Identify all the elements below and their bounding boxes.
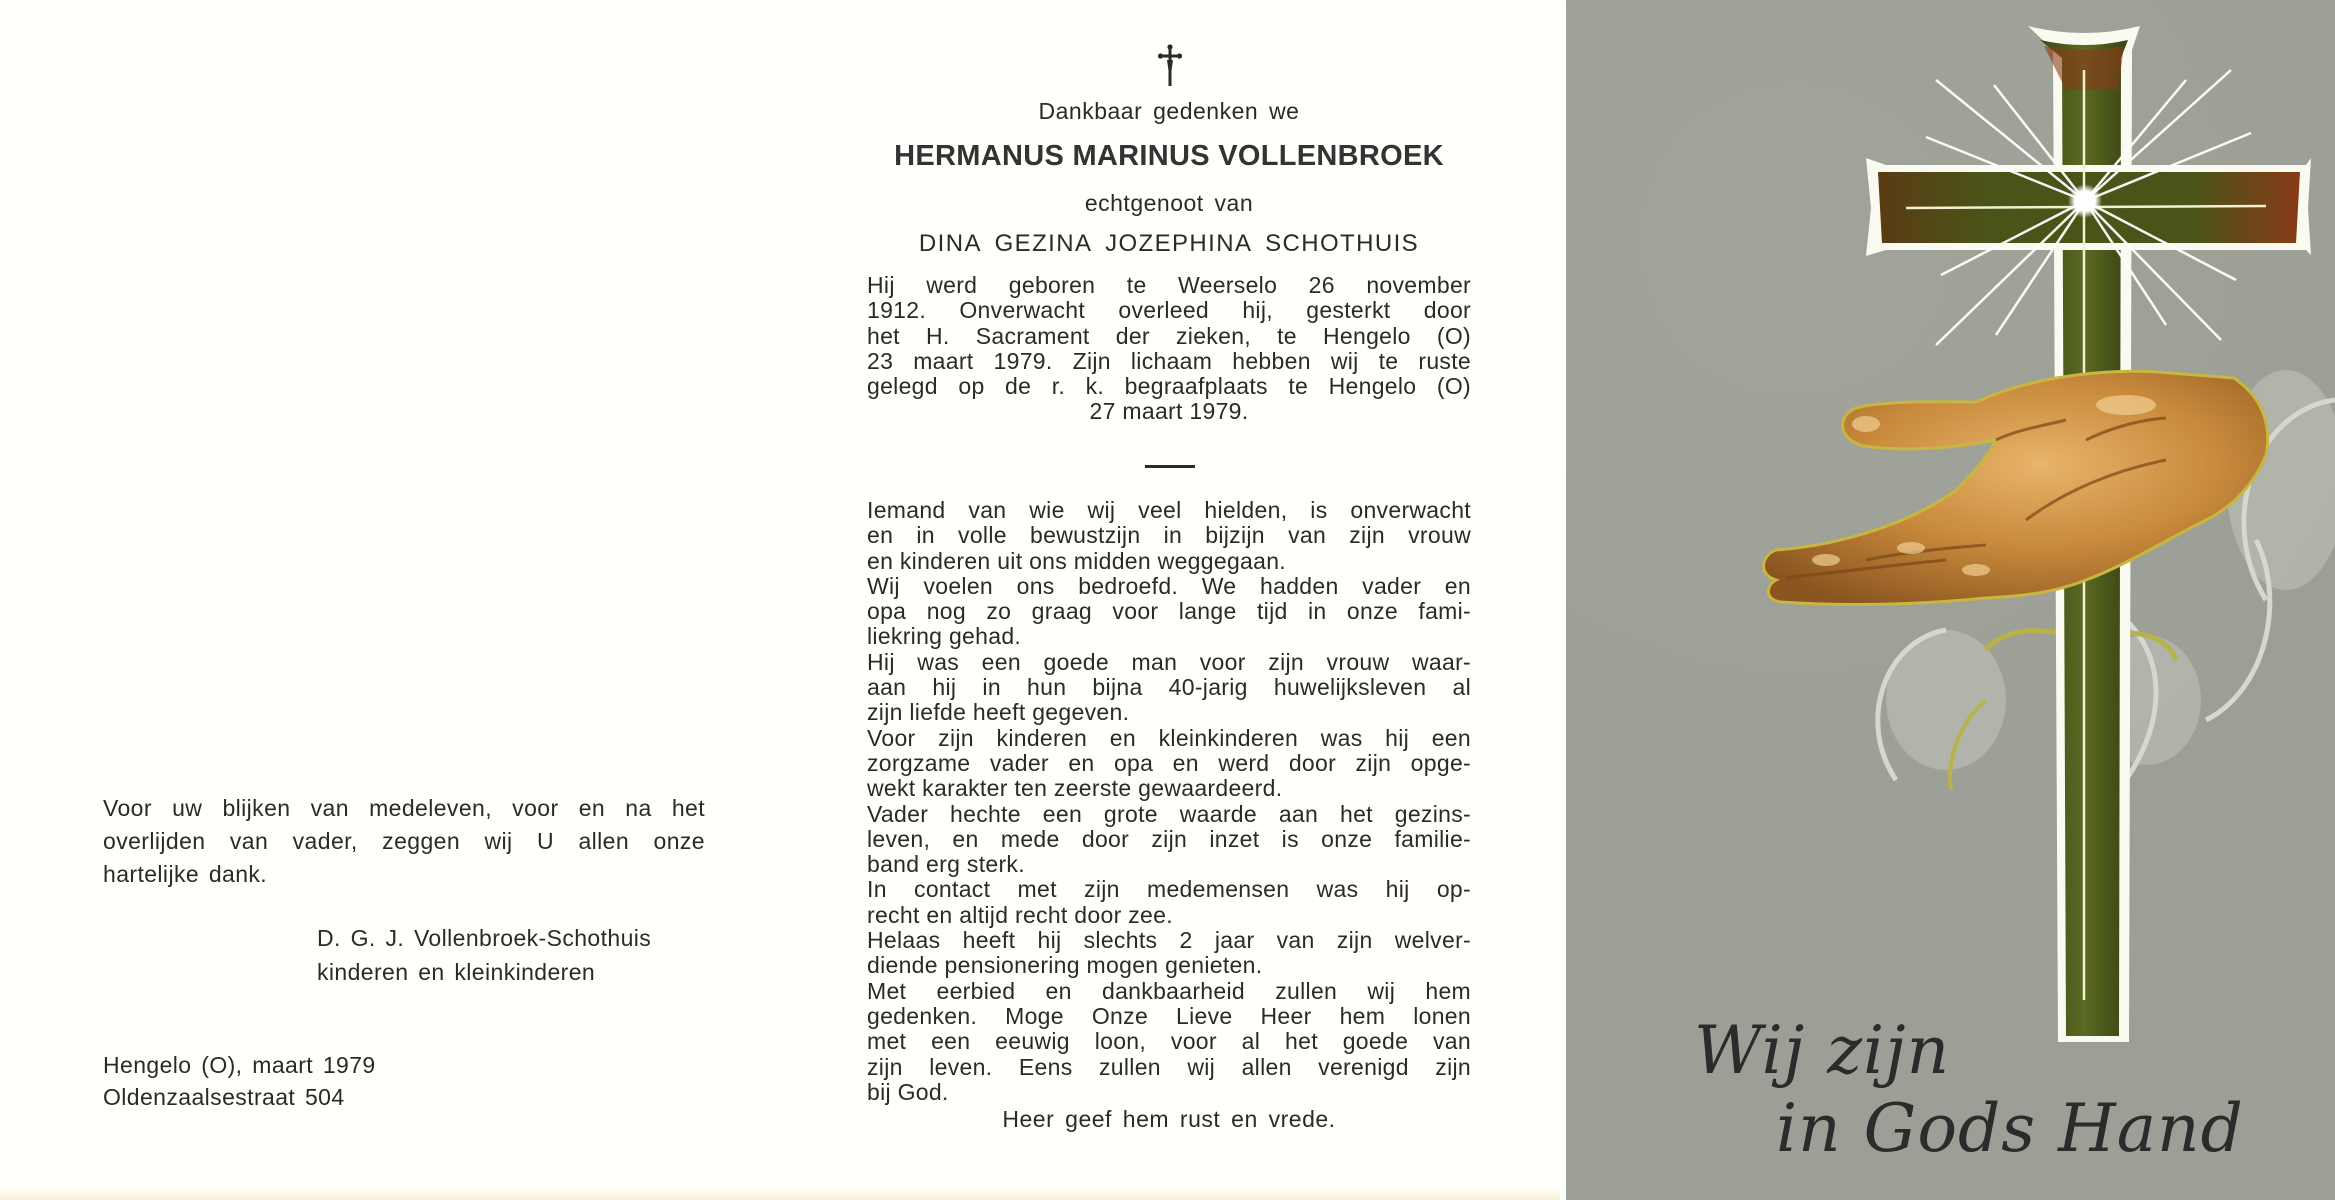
spouse-name: DINA GEZINA JOZEPHINA SCHOTHUIS <box>867 230 1471 258</box>
bio-line: 23 maart 1979. Zijn lichaam hebben wij t… <box>867 349 1471 374</box>
tribute-line: en kinderen uit ons midden weggegaan. <box>867 549 1471 574</box>
thanks-line: Voor uw blijken van medeleven, voor en n… <box>103 792 705 825</box>
bio-line: gelegd op de r. k. begraafplaats te Heng… <box>867 374 1471 399</box>
tribute-line: zorgzame vader en opa en werd door zijn … <box>867 751 1471 776</box>
bio-line: 27 maart 1979. <box>867 399 1471 424</box>
tribute-line: zijn liefde heeft gegeven. <box>867 700 1471 725</box>
cover-illustration: Wij zijn in Gods Hand <box>1566 0 2335 1200</box>
paper-edge <box>0 1186 1560 1200</box>
motto-line-2: in Gods Hand <box>1776 1090 2244 1167</box>
tribute-line: Wij voelen ons bedroefd. We hadden vader… <box>867 574 1471 599</box>
bio-line: het H. Sacrament der zieken, te Hengelo … <box>867 324 1471 349</box>
tribute-text: Iemand van wie wij veel hielden, is onve… <box>867 498 1471 1105</box>
place-date: Hengelo (O), maart 1979 <box>103 1049 376 1081</box>
intro-text: Dankbaar gedenken we <box>867 98 1471 125</box>
tribute-line: aan hij in hun bijna 40-jarig huwelijksl… <box>867 675 1471 700</box>
section-divider <box>1145 465 1195 468</box>
tribute-line: diende pensionering mogen genieten. <box>867 953 1471 978</box>
bio-line: Hij werd geboren te Weerselo 26 november <box>867 273 1471 298</box>
street-address: Oldenzaalsestraat 504 <box>103 1081 376 1113</box>
closing-prayer: Heer geef hem rust en vrede. <box>867 1106 1471 1133</box>
tribute-line: gedenken. Moge Onze Lieve Heer hem lonen <box>867 1004 1471 1029</box>
tribute-line: Met eerbied en dankbaarheid zullen wij h… <box>867 979 1471 1004</box>
tribute-line: recht en altijd recht door zee. <box>867 903 1471 928</box>
tribute-line: leven, en mede door zijn inzet is onze f… <box>867 827 1471 852</box>
tribute-line: Voor zijn kinderen en kleinkinderen was … <box>867 726 1471 751</box>
tribute-line: wekt karakter ten zeerste gewaardeerd. <box>867 776 1471 801</box>
thanks-line: hartelijke dank. <box>103 858 705 891</box>
tribute-line: band erg sterk. <box>867 852 1471 877</box>
tribute-line: bij God. <box>867 1080 1471 1105</box>
tribute-line: Iemand van wie wij veel hielden, is onve… <box>867 498 1471 523</box>
deceased-name: HERMANUS MARINUS VOLLENBROEK <box>867 140 1471 173</box>
tribute-line: zijn leven. Eens zullen wij allen vereni… <box>867 1055 1471 1080</box>
motto-line-1: Wij zijn <box>1694 1012 1950 1089</box>
tribute-line: Helaas heeft hij slechts 2 jaar van zijn… <box>867 928 1471 953</box>
tribute-line: opa nog zo graag voor lange tijd in onze… <box>867 599 1471 624</box>
tribute-line: liekring gehad. <box>867 624 1471 649</box>
thank-you-message: Voor uw blijken van medeleven, voor en n… <box>103 792 705 891</box>
latin-cross-icon <box>1157 44 1183 88</box>
relation-text: echtgenoot van <box>867 190 1471 217</box>
motto: Wij zijn in Gods Hand <box>1566 0 2335 1200</box>
tribute-line: met een eeuwig loon, voor al het goede v… <box>867 1029 1471 1054</box>
signature-block: D. G. J. Vollenbroek-Schothuis kinderen … <box>317 921 651 989</box>
tribute-line: Vader hechte een grote waarde aan het ge… <box>867 802 1471 827</box>
address-block: Hengelo (O), maart 1979 Oldenzaalsestraa… <box>103 1049 376 1113</box>
widow-name: D. G. J. Vollenbroek-Schothuis <box>317 921 651 955</box>
memorial-card: Voor uw blijken van medeleven, voor en n… <box>0 0 2335 1200</box>
bio-line: 1912. Onverwacht overleed hij, gesterkt … <box>867 298 1471 323</box>
biography: Hij werd geboren te Weerselo 26 november… <box>867 273 1471 425</box>
thanks-line: overlijden van vader, zeggen wij U allen… <box>103 825 705 858</box>
tribute-line: en in volle bewustzijn in bijzijn van zi… <box>867 523 1471 548</box>
family-line: kinderen en kleinkinderen <box>317 955 651 989</box>
tribute-line: Hij was een goede man voor zijn vrouw wa… <box>867 650 1471 675</box>
tribute-line: In contact met zijn medemensen was hij o… <box>867 877 1471 902</box>
